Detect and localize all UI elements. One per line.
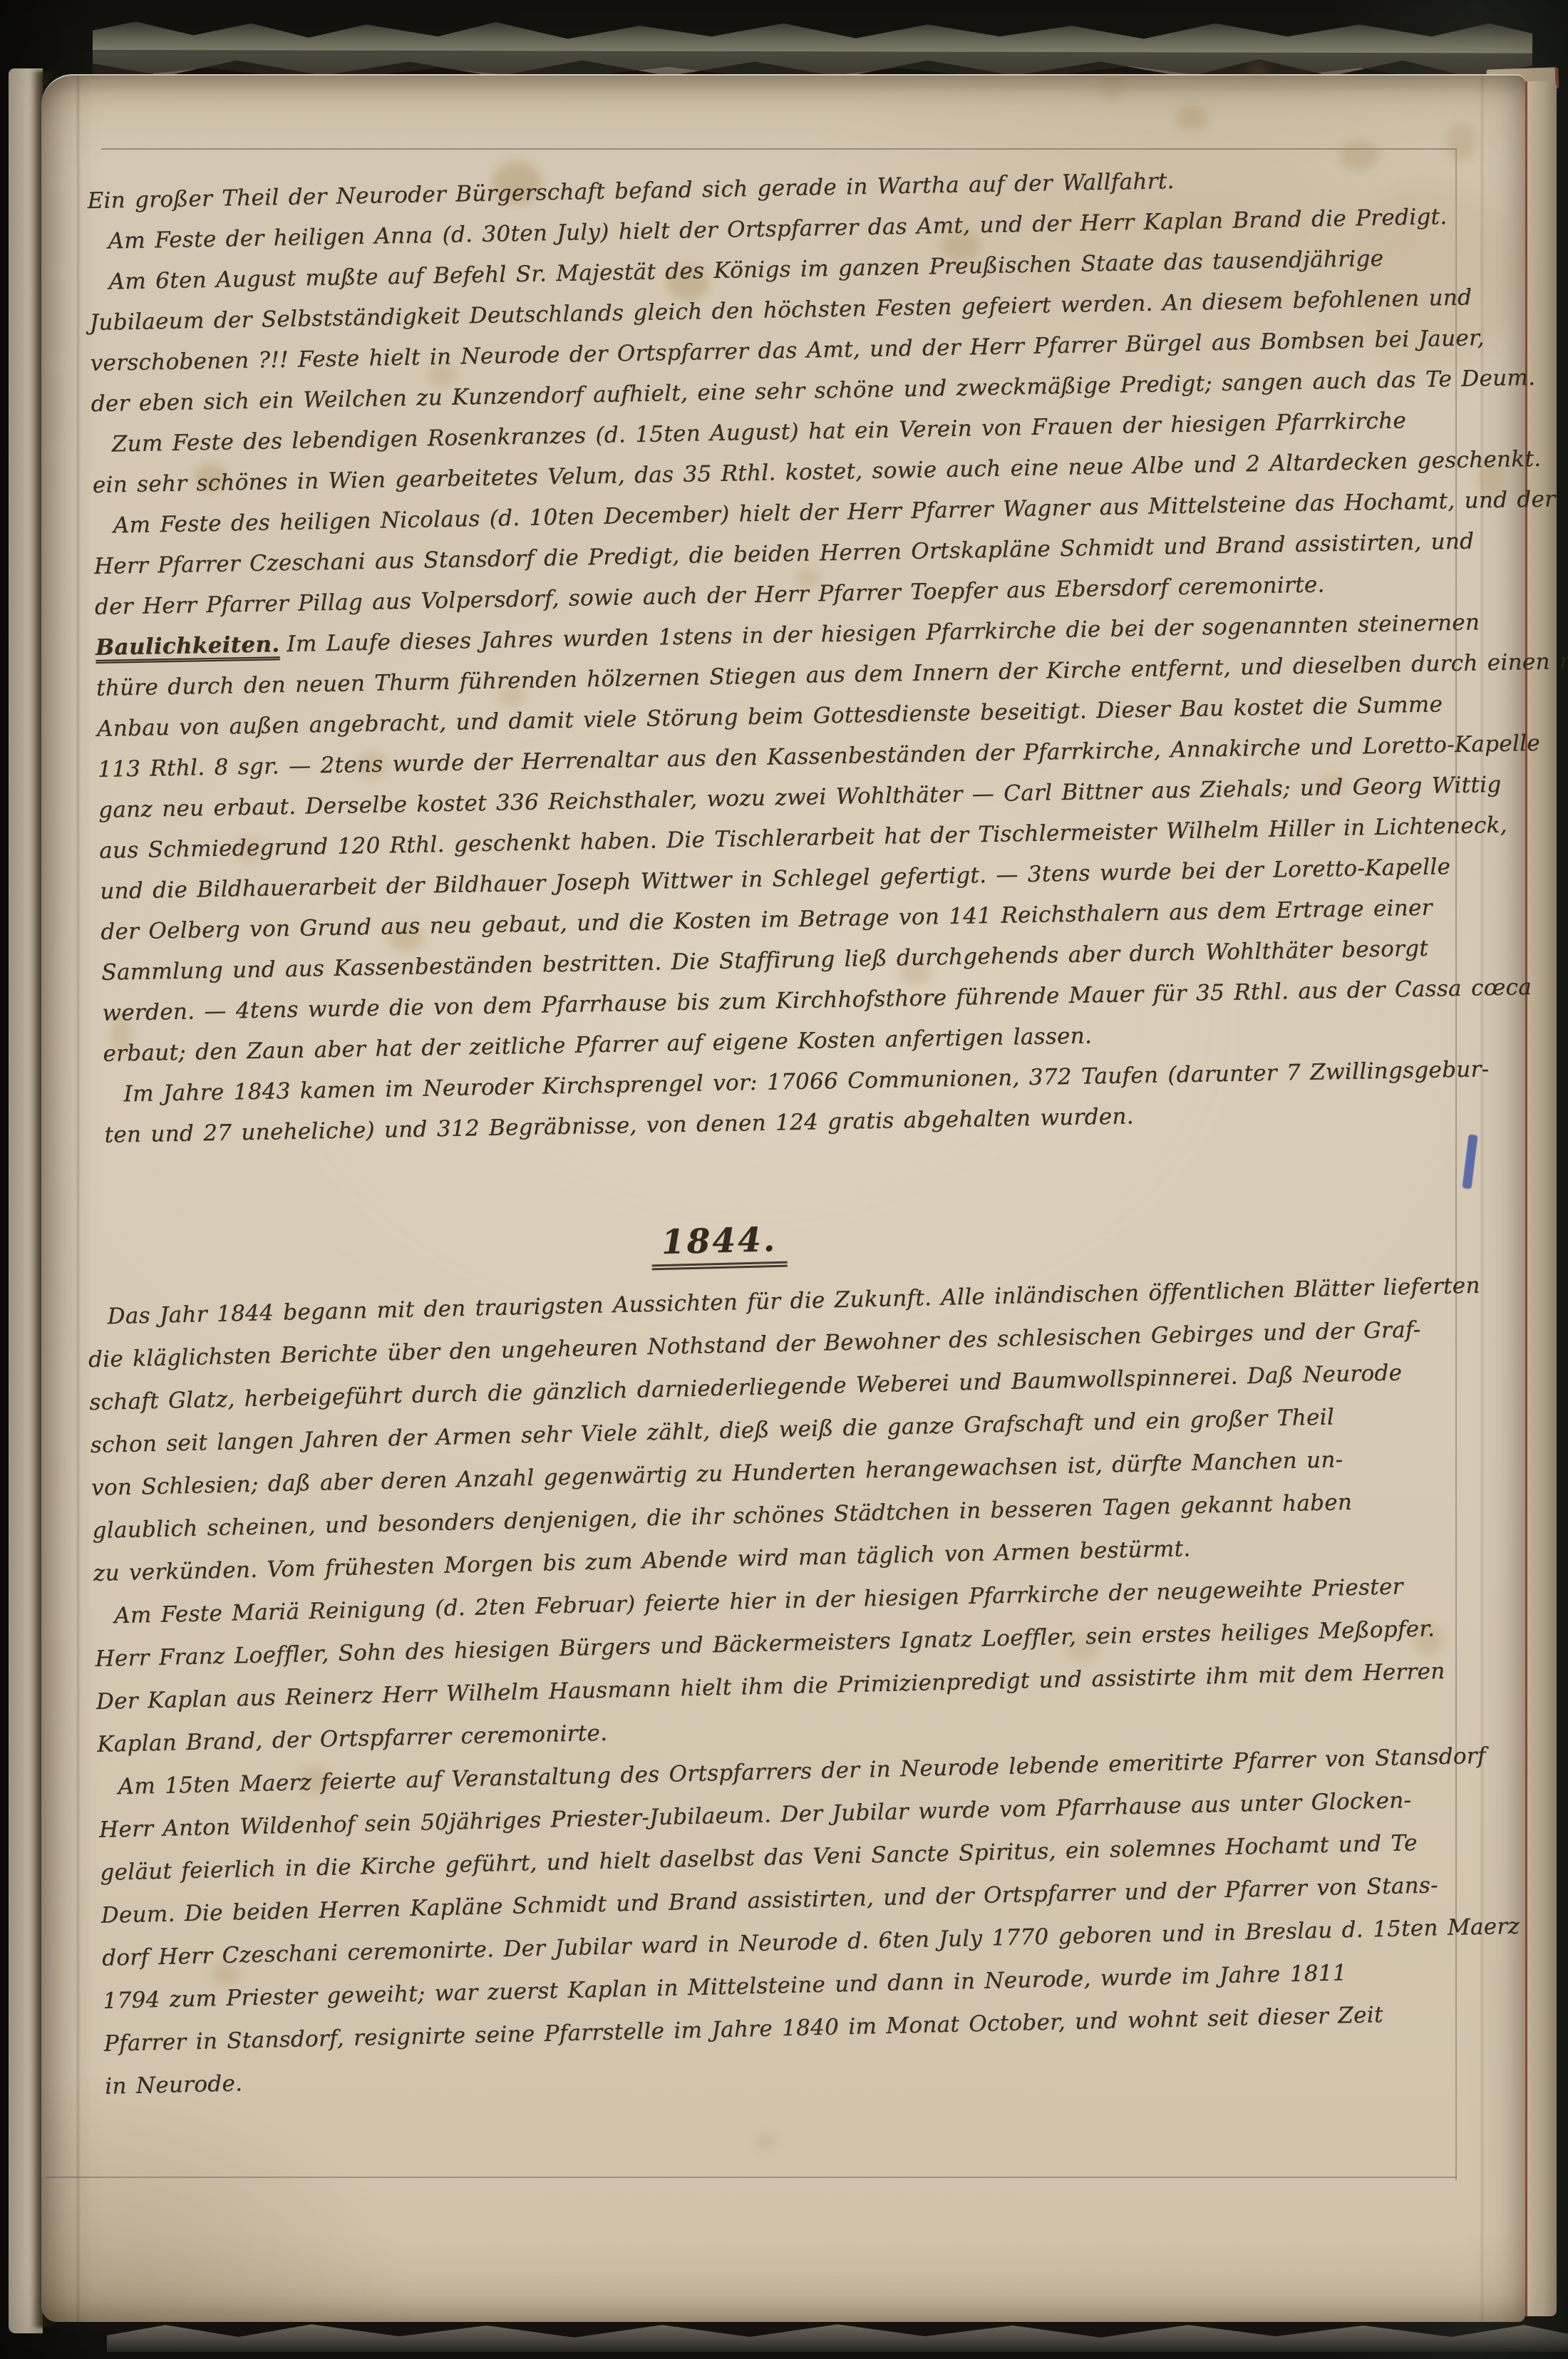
text-block-1843: Ein großer Theil der Neuroder Bürgerscha… [87,155,1487,1155]
foxing-stain [1098,76,1126,97]
blue-pencil-mark [1462,1134,1477,1189]
red-fore-edge [1524,81,1557,2316]
foxing-stain [1247,61,1269,79]
ruled-margin-line-bottom [46,2177,1457,2178]
text-block-1844: Das Jahr 1844 begann mit den traurigsten… [87,1264,1487,2108]
year-heading: 1844. [651,1220,788,1271]
page-fold-crease-left [77,76,79,2322]
foxing-stain [1176,105,1208,130]
section-heading-baulichkeiten: Baulichkeiten. [96,631,280,661]
ruled-margin-line-top [101,148,1457,150]
manuscript-page: Ein großer Theil der Neuroder Bürgerscha… [41,74,1525,2322]
book-scan: Ein großer Theil der Neuroder Bürgerscha… [0,0,1568,2359]
foxing-stain [755,2132,777,2151]
